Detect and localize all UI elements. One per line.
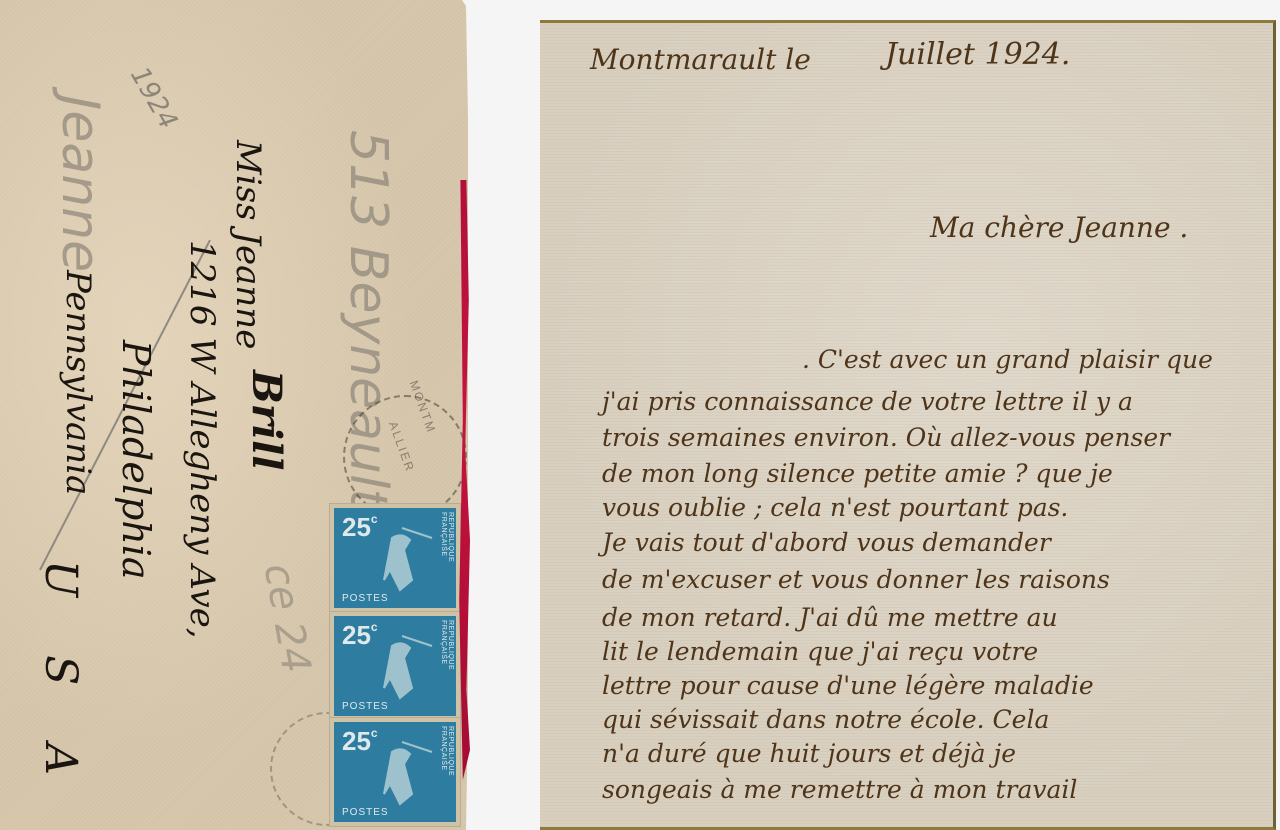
pencil-side-note: ce 24 — [255, 560, 319, 677]
stamp-label: POSTES — [342, 701, 389, 712]
sower-figure-icon — [362, 732, 442, 812]
postage-stamp: 25c POSTES REPUBLIQUE FRANÇAISE — [330, 612, 460, 720]
address-line-4: Philadelphia — [114, 340, 158, 580]
letter-line: j'ai pris connaissance de votre lettre i… — [602, 387, 1133, 416]
letter-line: Je vais tout d'abord vous demander — [602, 528, 1051, 557]
letter-line: songeais à me remettre à mon travail — [602, 775, 1077, 804]
letter-line: . C'est avec un grand plaisir que — [802, 345, 1213, 374]
address-line-2: Brill — [243, 370, 290, 470]
letter-line: qui sévissait dans notre école. Cela — [602, 705, 1049, 734]
stamp-country: REPUBLIQUE FRANÇAISE — [440, 512, 454, 608]
letter-line: trois semaines environ. Où allez-vous pe… — [602, 423, 1170, 452]
letter-salutation: Ma chère Jeanne . — [930, 211, 1188, 244]
letter-line: lit le lendemain que j'ai reçu votre — [602, 637, 1038, 666]
postage-stamp: 25c POSTES REPUBLIQUE FRANÇAISE — [330, 718, 460, 826]
letter-page: Montmarault le Juillet 1924. Ma chère Je… — [540, 20, 1276, 830]
sower-figure-icon — [362, 518, 442, 598]
letter-line: de mon long silence petite amie ? que je — [602, 459, 1113, 488]
stamp-label: POSTES — [342, 593, 389, 604]
pencil-year: 1924 — [124, 62, 183, 134]
letter-place: Montmarault le — [590, 43, 811, 76]
address-line-3: 1216 W Allegheny Ave, — [182, 240, 222, 639]
sower-figure-icon — [362, 626, 442, 706]
letter-line: de m'excuser et vous donner les raisons — [602, 565, 1110, 594]
address-line-1: Miss Jeanne — [228, 140, 268, 349]
address-line-5: Pennsylvania — [58, 270, 98, 495]
letter-date: Juillet 1924. — [885, 37, 1070, 72]
stamp-country: REPUBLIQUE FRANÇAISE — [440, 620, 454, 716]
letter-line: lettre pour cause d'une légère maladie — [602, 671, 1094, 700]
envelope: 1924 Jeanne 513 Beyneault ce 24 Miss Jea… — [0, 0, 468, 830]
letter-line: n'a duré que huit jours et déjà je — [602, 739, 1016, 768]
letter-line: de mon retard. J'ai dû me mettre au — [602, 603, 1058, 632]
stamp-label: POSTES — [342, 807, 389, 818]
stamp-country: REPUBLIQUE FRANÇAISE — [440, 726, 454, 822]
postage-stamp: 25c POSTES REPUBLIQUE FRANÇAISE — [330, 504, 460, 612]
letter-line: vous oublie ; cela n'est pourtant pas. — [602, 493, 1068, 522]
address-line-6: U S A — [35, 560, 86, 797]
